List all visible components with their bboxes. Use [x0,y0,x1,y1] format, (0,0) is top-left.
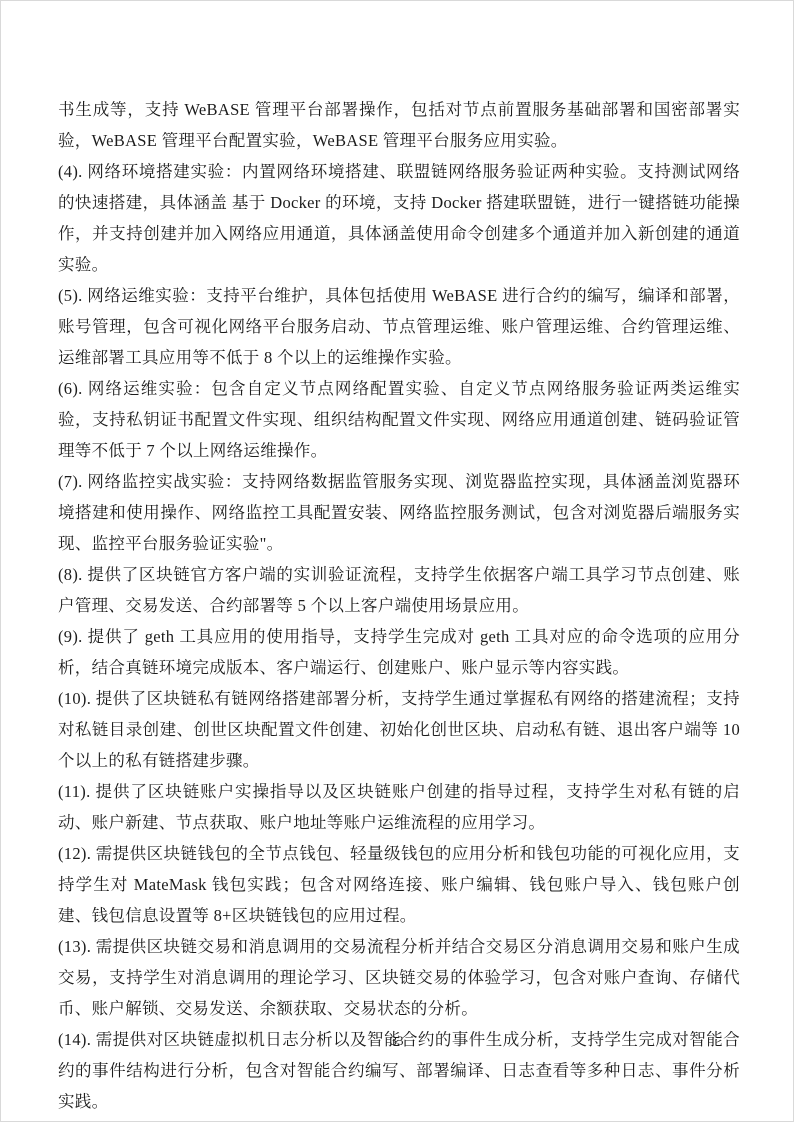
paragraph-item-10: (10). 提供了区块链私有链网络搭建部署分析，支持学生通过掌握私有网络的搭建流… [58,683,740,776]
page-number: 33 [1,1033,793,1049]
paragraph-item-6: (6). 网络运维实验：包含自定义节点网络配置实验、自定义节点网络服务验证两类运… [58,373,740,466]
document-page: 书生成等，支持 WeBASE 管理平台部署操作，包括对节点前置服务基础部署和国密… [0,0,794,1122]
paragraph-continuation: 书生成等，支持 WeBASE 管理平台部署操作，包括对节点前置服务基础部署和国密… [58,94,740,156]
paragraph-item-7: (7). 网络监控实战实验：支持网络数据监管服务实现、浏览器监控实现，具体涵盖浏… [58,466,740,559]
paragraph-item-9: (9). 提供了 geth 工具应用的使用指导，支持学生完成对 geth 工具对… [58,621,740,683]
paragraph-item-8: (8). 提供了区块链官方客户端的实训验证流程，支持学生依据客户端工具学习节点创… [58,559,740,621]
paragraph-item-5: (5). 网络运维实验：支持平台维护，具体包括使用 WeBASE 进行合约的编写… [58,280,740,373]
paragraph-item-4: (4). 网络环境搭建实验：内置网络环境搭建、联盟链网络服务验证两种实验。支持测… [58,156,740,280]
document-body: 书生成等，支持 WeBASE 管理平台部署操作，包括对节点前置服务基础部署和国密… [58,94,740,1117]
paragraph-item-13: (13). 需提供区块链交易和消息调用的交易流程分析并结合交易区分消息调用交易和… [58,931,740,1024]
paragraph-item-12: (12). 需提供区块链钱包的全节点钱包、轻量级钱包的应用分析和钱包功能的可视化… [58,838,740,931]
paragraph-item-11: (11). 提供了区块链账户实操指导以及区块链账户创建的指导过程，支持学生对私有… [58,776,740,838]
